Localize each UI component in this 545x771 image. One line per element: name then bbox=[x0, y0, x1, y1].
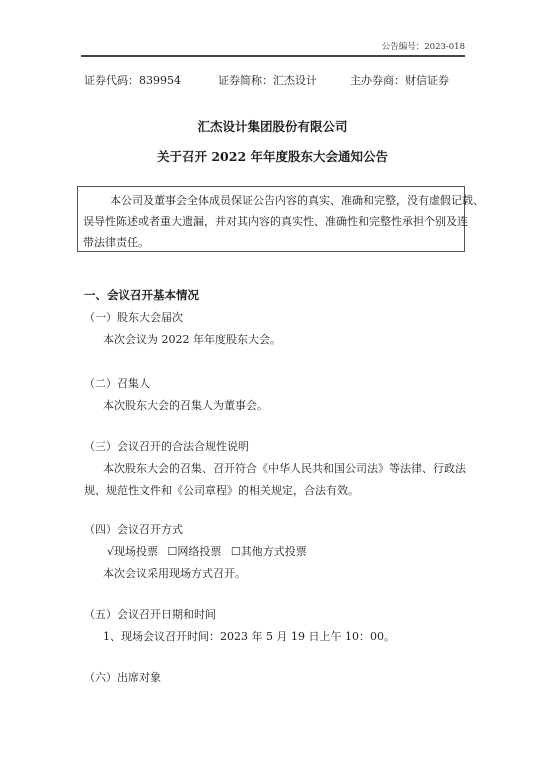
option-onsite-voting: √现场投票 bbox=[107, 543, 158, 559]
disclaimer-line: 本公司及董事会全体成员保证公告内容的真实、准确和完整，没有虚假记载、 bbox=[110, 192, 484, 208]
company-title: 汇杰设计集团股份有限公司 bbox=[0, 117, 545, 135]
option-online-voting: ☐网络投票 bbox=[168, 543, 222, 559]
paragraph: 本次股东大会的召集、召开符合《中华人民共和国公司法》等法律、行政法 bbox=[103, 460, 466, 476]
voting-options: √现场投票 ☐网络投票 ☐其他方式投票 bbox=[107, 543, 313, 559]
paragraph: 1、现场会议召开时间：2023 年 5 月 19 日上午 10：00。 bbox=[103, 628, 395, 644]
subsection-heading: （五）会议召开日期和时间 bbox=[84, 606, 216, 622]
checkmark-icon: √ bbox=[107, 545, 114, 558]
disclaimer-line: 带法律责任。 bbox=[83, 234, 149, 250]
paragraph: 本次会议为 2022 年年度股东大会。 bbox=[103, 331, 281, 347]
section-heading: 一、会议召开基本情况 bbox=[84, 287, 199, 303]
subsection-heading: （一）股东大会届次 bbox=[84, 309, 183, 325]
paragraph: 本次会议采用现场方式召开。 bbox=[103, 565, 246, 581]
paragraph: 本次股东大会的召集人为董事会。 bbox=[103, 397, 268, 413]
empty-checkbox-icon: ☐ bbox=[231, 545, 241, 558]
security-short-name: 证券简称：汇杰设计 bbox=[218, 72, 317, 88]
header-divider bbox=[81, 55, 465, 57]
sponsor-broker: 主办券商：财信证券 bbox=[350, 72, 449, 88]
subsection-heading: （四）会议召开方式 bbox=[84, 521, 183, 537]
announcement-number: 公告编号：2023-018 bbox=[382, 40, 465, 52]
disclaimer-box: 本公司及董事会全体成员保证公告内容的真实、准确和完整，没有虚假记载、 误导性陈述… bbox=[77, 186, 465, 252]
security-code: 证券代码：839954 bbox=[84, 72, 181, 88]
announcement-subject: 关于召开 2022 年年度股东大会通知公告 bbox=[0, 147, 545, 165]
option-other-voting: ☐其他方式投票 bbox=[231, 543, 307, 559]
empty-checkbox-icon: ☐ bbox=[168, 545, 178, 558]
subsection-heading: （二）召集人 bbox=[84, 375, 150, 391]
paragraph: 规、规范性文件和《公司章程》的相关规定，合法有效。 bbox=[84, 482, 359, 498]
subsection-heading: （三）会议召开的合法合规性说明 bbox=[84, 438, 249, 454]
disclaimer-line: 误导性陈述或者重大遗漏，并对其内容的真实性、准确性和完整性承担个别及连 bbox=[83, 213, 468, 229]
subsection-heading: （六）出席对象 bbox=[84, 669, 161, 685]
